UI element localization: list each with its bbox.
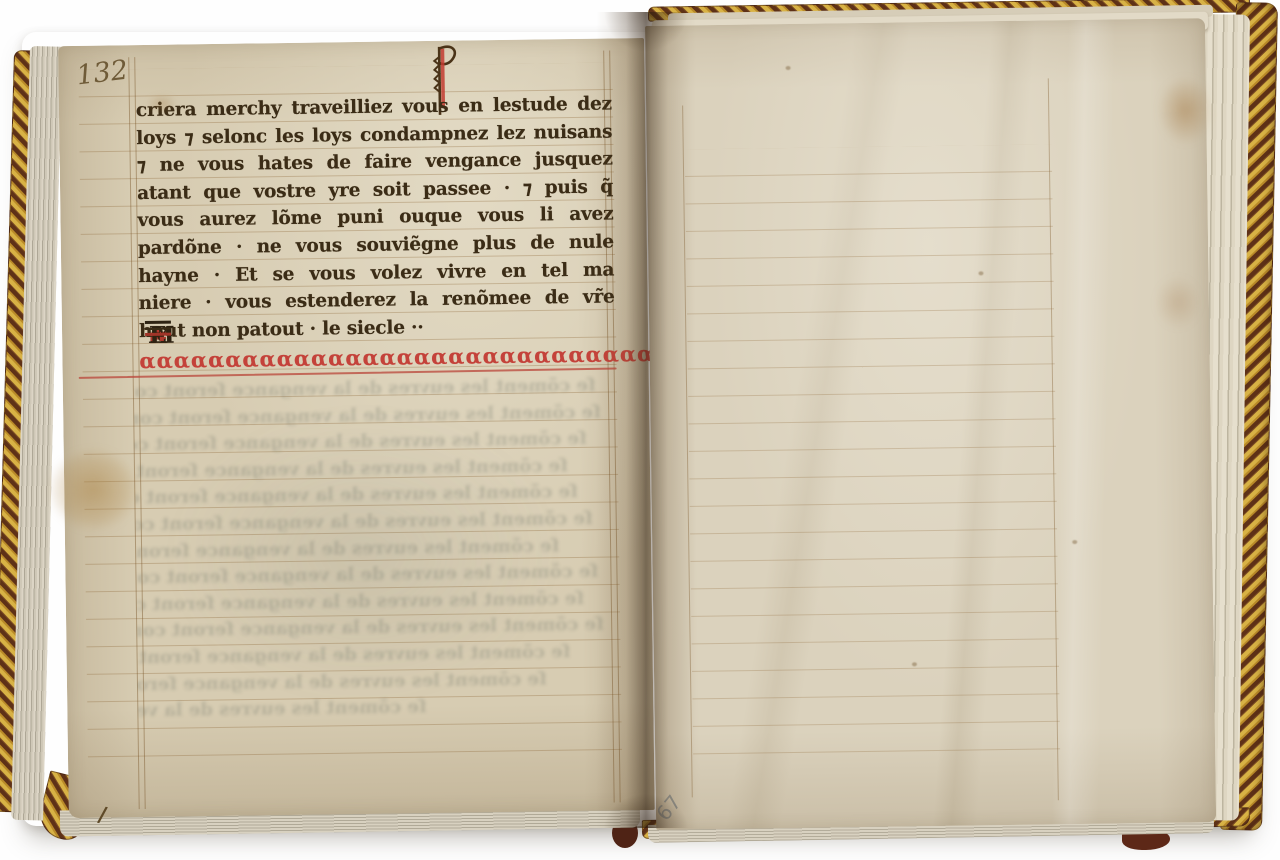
stain (1146, 266, 1209, 339)
bleedthrough-line: ſe cõment les euvres de la vengance ſero… (137, 668, 547, 700)
speck (786, 66, 791, 70)
speck (978, 271, 983, 275)
speck (912, 662, 917, 666)
folio-number: 132 (75, 55, 130, 92)
bleedthrough-block: ſe cõment les euvres de la vengance ſero… (133, 374, 620, 733)
text-line-label: haut non patout · le siecle ·· (139, 317, 424, 342)
speck (1072, 540, 1077, 544)
left-page: 132 criera merchy traveilliez vous en le… (58, 38, 655, 818)
line-filler-bracket-icon (145, 320, 171, 335)
right-page: 67 (645, 18, 1216, 830)
pencil-folio-number: 67 (651, 790, 686, 825)
manuscript-photo: 132 criera merchy traveilliez vous en le… (0, 0, 1280, 860)
ruled-lines (685, 144, 1061, 771)
bleedthrough-line: ſe cõment les euvres de la vengance ſero… (137, 696, 427, 726)
